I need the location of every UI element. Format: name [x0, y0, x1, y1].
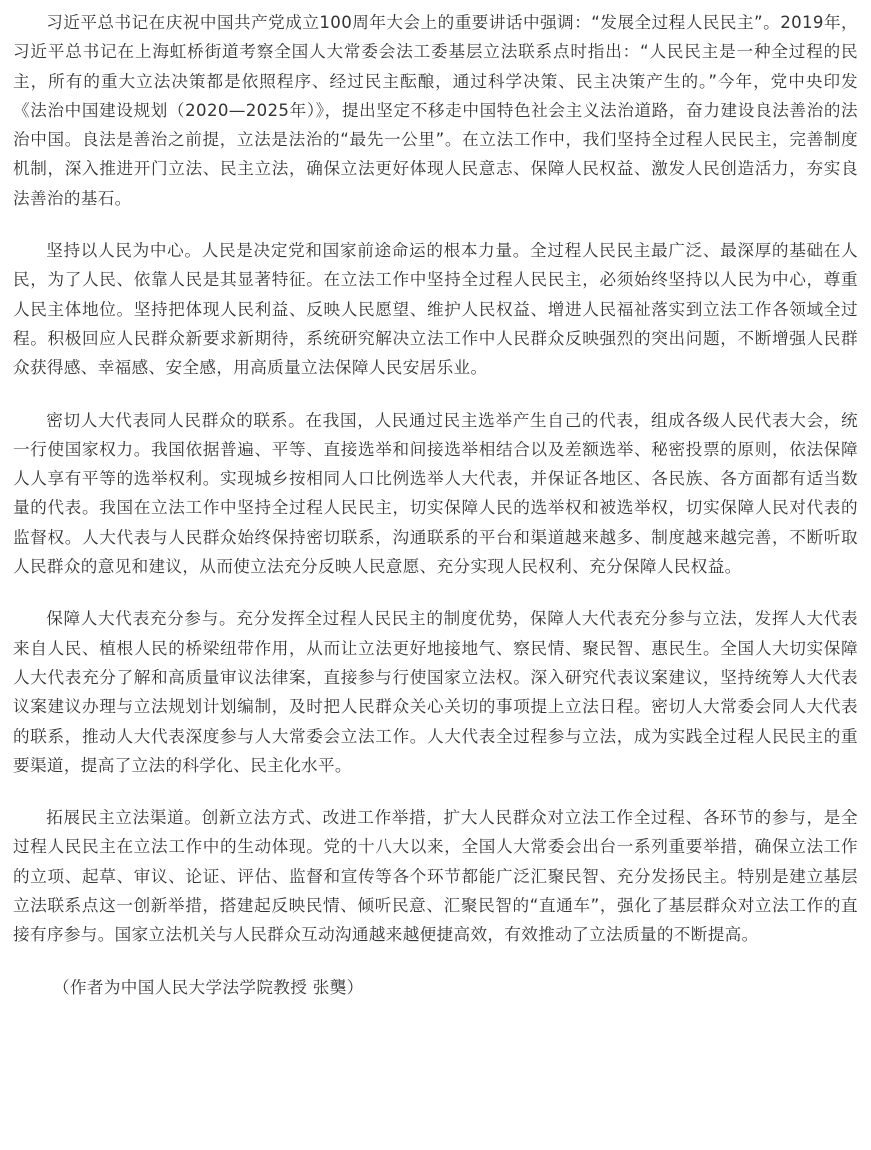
author-byline: （作者为中国人民大学法学院教授 张龑） — [13, 973, 858, 1002]
paragraph-legislative-channels: 拓展民主立法渠道。创新立法方式、改进工作举措，扩大人民群众对立法工作全过程、各环… — [13, 803, 858, 949]
paragraph-deputies-connection: 密切人大代表同人民群众的联系。在我国，人民通过民主选举产生自己的代表，组成各级人… — [13, 406, 858, 582]
article-body: 习近平总书记在庆祝中国共产党成立100周年大会上的重要讲话中强调：“发展全过程人… — [0, 0, 871, 1002]
paragraph-deputies-participation: 保障人大代表充分参与。充分发挥全过程人民民主的制度优势，保障人大代表充分参与立法… — [13, 604, 858, 780]
paragraph-people-centered: 坚持以人民为中心。人民是决定党和国家前途命运的根本力量。全过程人民民主最广泛、最… — [13, 236, 858, 382]
paragraph-intro: 习近平总书记在庆祝中国共产党成立100周年大会上的重要讲话中强调：“发展全过程人… — [13, 8, 858, 213]
